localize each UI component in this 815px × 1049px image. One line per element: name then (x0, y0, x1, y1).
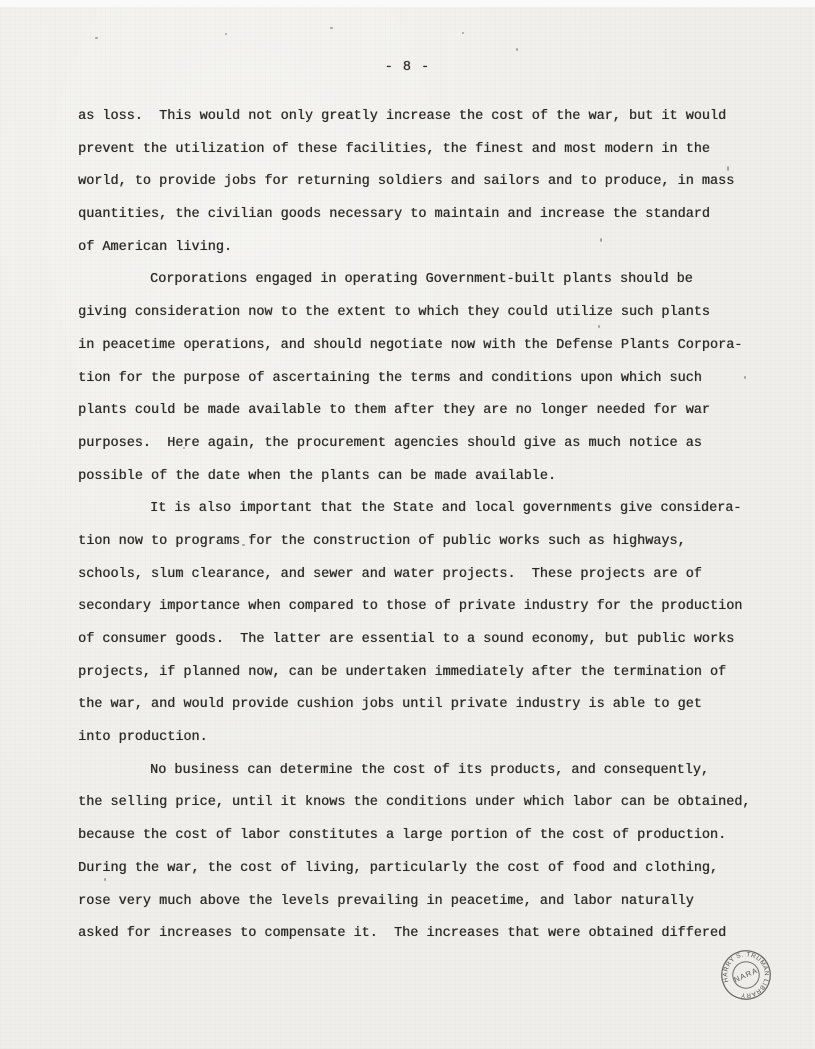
paper-speck (330, 27, 333, 29)
text-line: asked for increases to compensate it. Th… (78, 918, 768, 951)
text-line: rose very much above the levels prevaili… (78, 886, 768, 919)
paper-speck (462, 32, 464, 34)
text-line: Corporations engaged in operating Govern… (78, 264, 768, 297)
text-line: tion for the purpose of ascertaining the… (78, 363, 768, 396)
text-line: into production. (78, 722, 768, 755)
paragraph: It is also important that the State and … (78, 493, 768, 755)
text-line: quantities, the civilian goods necessary… (78, 199, 768, 232)
archive-stamp: HARRY S. TRUMAN LIBRARY NARA (715, 944, 777, 1006)
page-number: - 8 - (0, 60, 815, 75)
paper-speck (183, 447, 185, 449)
text-line: plants could be made available to them a… (78, 395, 768, 428)
scan-edge (0, 0, 815, 7)
text-line: because the cost of labor constitutes a … (78, 820, 768, 853)
text-line: of American living. (78, 232, 768, 265)
text-line: During the war, the cost of living, part… (78, 853, 768, 886)
text-line: the war, and would provide cushion jobs … (78, 689, 768, 722)
paragraph: as loss. This would not only greatly inc… (78, 101, 768, 264)
text-line: It is also important that the State and … (78, 493, 768, 526)
document-body: as loss. This would not only greatly inc… (78, 101, 768, 951)
paper-speck (95, 37, 98, 39)
paper-speck (727, 166, 729, 171)
text-line: prevent the utilization of these facilit… (78, 134, 768, 167)
paper-speck (242, 544, 245, 546)
text-line: world, to provide jobs for returning sol… (78, 166, 768, 199)
text-line: as loss. This would not only greatly inc… (78, 101, 768, 134)
text-line: possible of the date when the plants can… (78, 461, 768, 494)
paper-speck (104, 878, 106, 881)
truman-library-stamp-icon: HARRY S. TRUMAN LIBRARY NARA (715, 944, 777, 1006)
text-line: secondary importance when compared to th… (78, 591, 768, 624)
text-line: the selling price, until it knows the co… (78, 787, 768, 820)
text-line: tion now to programs for the constructio… (78, 526, 768, 559)
paper-speck (225, 33, 227, 35)
text-line: purposes. Here again, the procurement ag… (78, 428, 768, 461)
paragraph: Corporations engaged in operating Govern… (78, 264, 768, 493)
text-line: of consumer goods. The latter are essent… (78, 624, 768, 657)
paper-speck (598, 325, 600, 328)
stamp-center-text: NARA (733, 966, 760, 985)
text-line: giving consideration now to the extent t… (78, 297, 768, 330)
text-line: schools, slum clearance, and sewer and w… (78, 559, 768, 592)
paper-speck (516, 48, 518, 51)
text-line: projects, if planned now, can be underta… (78, 657, 768, 690)
paper-speck (744, 376, 746, 379)
paper-speck (600, 238, 602, 242)
paragraph: No business can determine the cost of it… (78, 755, 768, 951)
text-line: No business can determine the cost of it… (78, 755, 768, 788)
text-line: in peacetime operations, and should nego… (78, 330, 768, 363)
document-page: - 8 - as loss. This would not only great… (0, 0, 815, 1049)
